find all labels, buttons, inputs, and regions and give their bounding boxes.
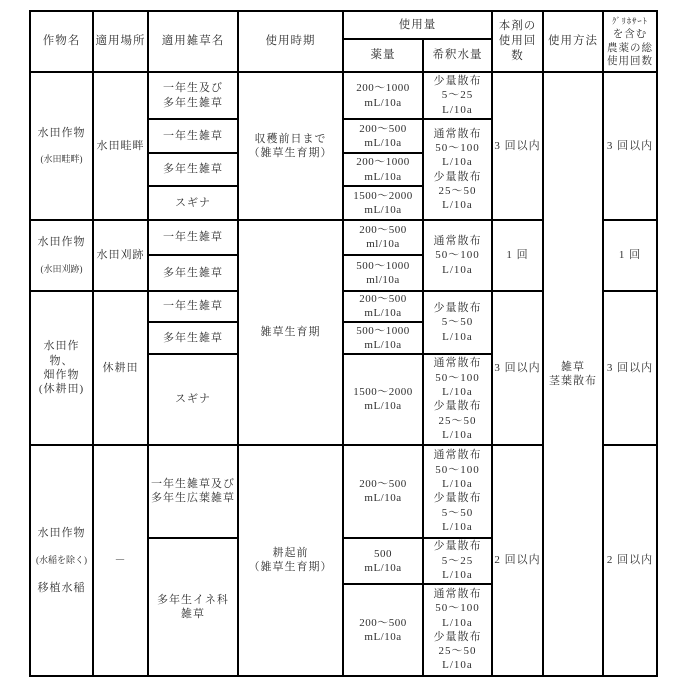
cell-s1r4-weed: スギナ: [148, 186, 238, 220]
cell-s1r2-weed: 一年生雑草: [148, 119, 238, 153]
cell-s4-total-uses: 2 回以内: [603, 445, 657, 676]
table-row: 水田作物 (水田畦畔) 水田畦畔 一年生及び 多年生雑草 収穫前日まで （雑草生…: [30, 72, 657, 119]
cell-s3r3-water: 通常散布 50～100 L/10a 少量散布 25～50 L/10a: [423, 354, 492, 445]
cell-s2s3-timing: 雑草生育期: [238, 220, 343, 445]
cell-s4r3-dose: 200～500 mL/10a: [343, 584, 423, 676]
cell-s1-crop: 水田作物 (水田畦畔): [30, 72, 93, 220]
header-timing: 使用時期: [238, 11, 343, 72]
cell-s2-product-uses: 1 回: [492, 220, 543, 291]
cell-s2-water: 通常散布 50～100 L/10a: [423, 220, 492, 291]
cell-s1r4-dose: 1500～2000 mL/10a: [343, 186, 423, 220]
cell-s2-crop: 水田作物 (水田刈跡): [30, 220, 93, 291]
cell-s1-total-uses: 3 回以内: [603, 72, 657, 220]
cell-s1r1-water: 少量散布 5～25 L/10a: [423, 72, 492, 119]
cell-s4r1-weed: 一年生雑草及び 多年生広葉雑草: [148, 445, 238, 538]
header-water: 希釈水量: [423, 39, 492, 72]
cell-s4r3-water: 通常散布 50～100 L/10a 少量散布 25～50 L/10a: [423, 584, 492, 676]
cell-s1r1-dose: 200～1000 mL/10a: [343, 72, 423, 119]
header-dose: 薬量: [343, 39, 423, 72]
cell-s2r2-dose: 500～1000 ml/10a: [343, 255, 423, 291]
header-weed: 適用雑草名: [148, 11, 238, 72]
crop-name-line: 水田作物: [32, 235, 91, 249]
cell-s4-place: －: [93, 445, 148, 676]
header-place: 適用場所: [93, 11, 148, 72]
cell-s4-timing: 耕起前 （雑草生育期）: [238, 445, 343, 676]
crop-name-line: 移植水稲: [32, 581, 91, 595]
cell-s2r1-dose: 200～500 ml/10a: [343, 220, 423, 255]
cell-s3-total-uses: 3 回以内: [603, 291, 657, 445]
cell-s2-place: 水田刈跡: [93, 220, 148, 291]
cell-s3-place: 休耕田: [93, 291, 148, 445]
pesticide-usage-table: 作物名 適用場所 適用雑草名 使用時期 使用量 本剤の 使用回数 使用方法 ｸﾞ…: [29, 10, 658, 677]
document-page: 作物名 適用場所 適用雑草名 使用時期 使用量 本剤の 使用回数 使用方法 ｸﾞ…: [0, 0, 684, 684]
header-usage-amount: 使用量: [343, 11, 492, 39]
cell-s3r3-weed: スギナ: [148, 354, 238, 445]
header-row-1: 作物名 適用場所 適用雑草名 使用時期 使用量 本剤の 使用回数 使用方法 ｸﾞ…: [30, 11, 657, 39]
cell-s1r3-weed: 多年生雑草: [148, 153, 238, 186]
cell-s2r2-weed: 多年生雑草: [148, 255, 238, 291]
cell-s4-product-uses: 2 回以内: [492, 445, 543, 676]
cell-s2-total-uses: 1 回: [603, 220, 657, 291]
cell-s1r3-dose: 200～1000 mL/10a: [343, 153, 423, 186]
crop-name-paren: (水田畦畔): [32, 154, 91, 166]
cell-method: 雑草 茎葉散布: [543, 72, 603, 676]
cell-s3-crop: 水田作物、 畑作物 (休耕田): [30, 291, 93, 445]
header-product-uses: 本剤の 使用回数: [492, 11, 543, 72]
crop-name-line: 水田作物: [32, 526, 91, 540]
cell-s1r2-dose: 200～500 mL/10a: [343, 119, 423, 153]
header-method: 使用方法: [543, 11, 603, 72]
cell-s1-product-uses: 3 回以内: [492, 72, 543, 220]
cell-s3r1-weed: 一年生雑草: [148, 291, 238, 322]
header-crop: 作物名: [30, 11, 93, 72]
cell-s4r2-dose: 500 mL/10a: [343, 538, 423, 584]
cell-s3-product-uses: 3 回以内: [492, 291, 543, 445]
cell-s3r2-dose: 500～1000 mL/10a: [343, 322, 423, 354]
cell-s1-place: 水田畦畔: [93, 72, 148, 220]
crop-name-paren: (水田刈跡): [32, 264, 91, 276]
header-total-uses: ｸﾞﾘﾎｻｰﾄ を含む 農薬の総 使用回数: [603, 11, 657, 72]
cell-s1r1-weed: 一年生及び 多年生雑草: [148, 72, 238, 119]
crop-name-paren: (水稲を除く): [32, 555, 91, 567]
cell-s4r2-water: 少量散布 5～25 L/10a: [423, 538, 492, 584]
cell-s2r1-weed: 一年生雑草: [148, 220, 238, 255]
cell-s4-crop: 水田作物 (水稲を除く) 移植水稲: [30, 445, 93, 676]
cell-s1-timing: 収穫前日まで （雑草生育期）: [238, 72, 343, 220]
cell-s4r1-dose: 200～500 mL/10a: [343, 445, 423, 538]
cell-s3r3-dose: 1500～2000 mL/10a: [343, 354, 423, 445]
cell-s4r1-water: 通常散布 50～100 L/10a 少量散布 5～50 L/10a: [423, 445, 492, 538]
cell-s3r1-dose: 200～500 mL/10a: [343, 291, 423, 322]
cell-s3r1-water: 少量散布 5～50 L/10a: [423, 291, 492, 354]
crop-name-line: 水田作物: [32, 126, 91, 140]
cell-s4r2-weed: 多年生イネ科 雑草: [148, 538, 238, 676]
cell-s3r2-weed: 多年生雑草: [148, 322, 238, 354]
cell-s1r2-water: 通常散布 50～100 L/10a 少量散布 25～50 L/10a: [423, 119, 492, 220]
